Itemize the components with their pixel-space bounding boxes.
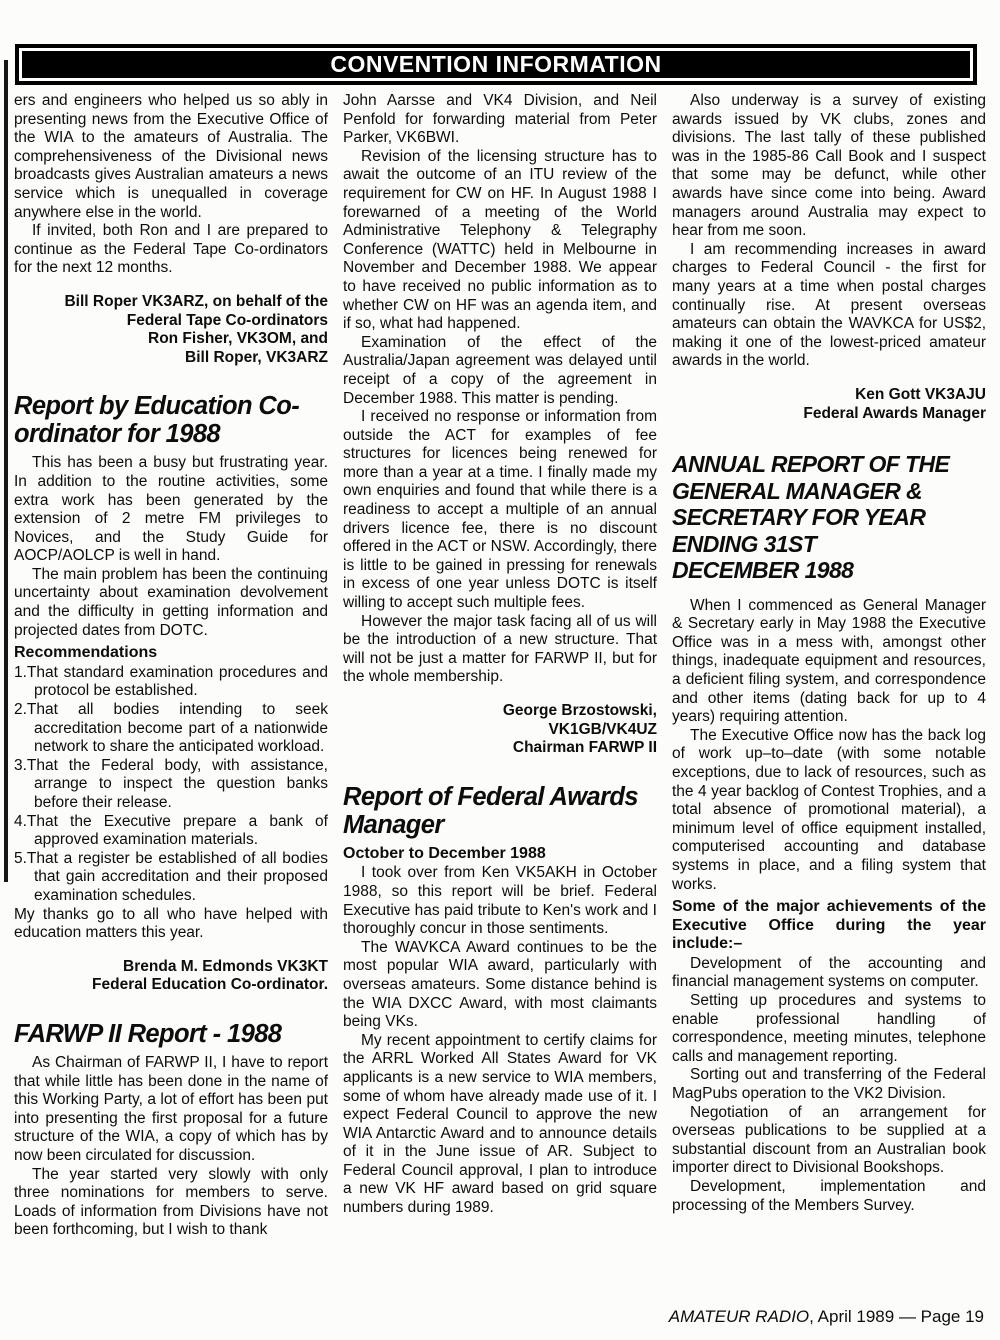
signature-block-line: Brenda M. Edmonds VK3KT (14, 958, 328, 977)
paragraph: The main problem has been the continuing… (14, 566, 328, 640)
section-heading-line: ENDING 31ST (672, 531, 986, 558)
paragraph: The year started very slowly with only t… (14, 1166, 328, 1240)
signature-block: Ken Gott VK3AJUFederal Awards Manager (672, 386, 986, 423)
paragraph: John Aarsse and VK4 Division, and Neil P… (343, 92, 657, 148)
list-item: 2.That all bodies intending to seek accr… (14, 701, 328, 757)
signature-block: George Brzostowski,VK1GB/VK4UZChairman F… (343, 702, 657, 758)
page-banner-title: CONVENTION INFORMATION (22, 51, 970, 78)
paragraph: When I commenced as General Manager & Se… (672, 597, 986, 727)
page-banner-frame: CONVENTION INFORMATION (15, 44, 977, 85)
section-heading: Report by Education Co-ordinator for 198… (14, 392, 328, 448)
article-columns: ers and engineers who helped us so ably … (14, 92, 986, 1304)
signature-block-line: Federal Awards Manager (672, 405, 986, 424)
paragraph: The Executive Office now has the back lo… (672, 727, 986, 894)
paragraph: My recent appointment to certify claims … (343, 1032, 657, 1218)
scan-edge-artifact (4, 60, 8, 882)
paragraph: I am recommending increases in award cha… (672, 241, 986, 371)
signature-block-line: Ken Gott VK3AJU (672, 386, 986, 405)
section-heading-line: ANNUAL REPORT OF THE (672, 451, 986, 478)
paragraph: If invited, both Ron and I are prepared … (14, 222, 328, 278)
paragraph: The WAVKCA Award continues to be the mos… (343, 939, 657, 1032)
issue-and-page-number: , April 1989 — Page 19 (809, 1307, 984, 1326)
paragraph: Development, implementation and processi… (672, 1178, 986, 1215)
paragraph: I took over from Ken VK5AKH in October 1… (343, 864, 657, 938)
magazine-title: AMATEUR RADIO (669, 1307, 809, 1326)
list-item: 1.That standard examination procedures a… (14, 664, 328, 701)
signature-block-line: VK1GB/VK4UZ (343, 721, 657, 740)
paragraph: Also underway is a survey of existing aw… (672, 92, 986, 241)
paragraph: Setting up procedures and systems to ena… (672, 992, 986, 1066)
section-heading-line: SECRETARY FOR YEAR (672, 504, 986, 531)
signature-block-line: Ron Fisher, VK3OM, and (14, 330, 328, 349)
paragraph: Negotiation of an arrangement for overse… (672, 1104, 986, 1178)
sub-heading: Some of the major achievements of the Ex… (672, 898, 986, 954)
list-item: 4.That the Executive prepare a bank of a… (14, 813, 328, 850)
paragraph: I received no response or information fr… (343, 408, 657, 613)
column-right: Also underway is a survey of existing aw… (672, 92, 986, 1304)
section-heading: ANNUAL REPORT OF THEGENERAL MANAGER &SEC… (672, 451, 986, 584)
column-middle: John Aarsse and VK4 Division, and Neil P… (343, 92, 657, 1304)
section-heading-line: DECEMBER 1988 (672, 557, 986, 584)
signature-block-line: Chairman FARWP II (343, 739, 657, 758)
sub-heading: October to December 1988 (343, 845, 657, 864)
list-item: 5.That a register be established of all … (14, 850, 328, 906)
signature-block-line: Federal Education Co-ordinator. (14, 976, 328, 995)
signature-block-line: Federal Tape Co-ordinators (14, 312, 328, 331)
signature-block: Brenda M. Edmonds VK3KTFederal Education… (14, 958, 328, 995)
paragraph: My thanks go to all who have helped with… (14, 906, 328, 943)
list-item: 3.That the Federal body, with assistance… (14, 757, 328, 813)
paragraph: However the major task facing all of us … (343, 613, 657, 687)
section-heading: Report of Federal Awards Manager (343, 783, 657, 839)
signature-block-line: Bill Roper VK3ARZ, on behalf of the (14, 293, 328, 312)
column-left: ers and engineers who helped us so ably … (14, 92, 328, 1304)
paragraph: Examination of the effect of the Austral… (343, 334, 657, 408)
paragraph: Revision of the licensing structure has … (343, 148, 657, 334)
paragraph: Development of the accounting and financ… (672, 955, 986, 992)
section-heading: FARWP II Report - 1988 (14, 1020, 328, 1048)
paragraph: Sorting out and transferring of the Fede… (672, 1066, 986, 1103)
signature-block: Bill Roper VK3ARZ, on behalf of theFeder… (14, 293, 328, 367)
paragraph: This has been a busy but frustrating yea… (14, 454, 328, 566)
signature-block-line: George Brzostowski, (343, 702, 657, 721)
signature-block-line: Bill Roper, VK3ARZ (14, 349, 328, 368)
paragraph: As Chairman of FARWP II, I have to repor… (14, 1054, 328, 1166)
paragraph: ers and engineers who helped us so ably … (14, 92, 328, 222)
page-footer: AMATEUR RADIO, April 1989 — Page 19 (669, 1307, 984, 1327)
sub-heading: Recommendations (14, 644, 328, 663)
section-heading-line: GENERAL MANAGER & (672, 478, 986, 505)
